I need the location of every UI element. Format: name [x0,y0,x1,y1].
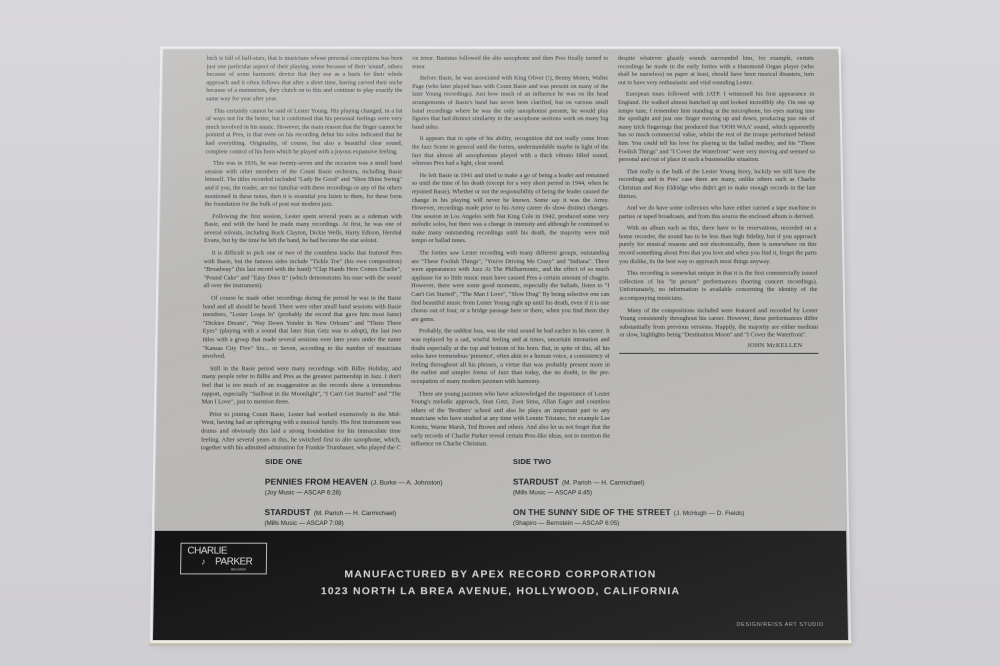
liner-notes-paragraph: Probably, the saddest loss, was the vita… [411,328,610,386]
track-credit: (J. McHugh — D. Fields) [674,510,745,517]
liner-notes-paragraph: on tenor. Banistas followed the alto sax… [412,55,608,71]
saxophone-icon: ♪ [201,557,206,567]
liner-notes-paragraph: It appears that in spite of his ability,… [412,136,609,169]
track-publisher: (Shapiro — Bernstein — ASCAP 6:05) [513,520,762,527]
track-credit: (J. Burke — A. Johnston) [371,480,443,487]
liner-notes-paragraph: This was in 1936, he was twenty-seven an… [205,160,403,209]
track-publisher: (Mills Music — ASCAP 7:08) [264,520,513,527]
side-two-label: SIDE TWO [513,457,761,466]
liner-notes-paragraph: There are young jazzmen who have acknowl… [411,390,611,449]
liner-notes-paragraph: Before Basie, he was associated with Kin… [412,75,609,132]
liner-notes-paragraph: Many of the compositions included were f… [619,307,818,340]
author-signature: JOHN McKELLEN [620,342,819,353]
liner-notes-paragraph: despite whatever ghastly sounds surround… [618,55,814,87]
liner-notes-paragraph: That really is the bulk of the Lester Yo… [618,168,815,201]
track-item: STARDUST(M. Parish — H. Carmichael)(Mill… [513,472,761,497]
liner-notes-paragraph: He left Basie in 1941 and tried to make … [411,172,609,246]
liner-notes-paragraph: hich is full of half-stars, that is musi… [206,55,403,104]
track-title: ON THE SUNNY SIDE OF THE STREET [513,507,671,517]
track-title: PENNIES FROM HEAVEN [265,477,368,487]
logo-line-1: CHARLIE [187,546,227,557]
track-item: STARDUST(M. Parish — H. Carmichael)(Mill… [264,502,513,527]
album-back-cover: hich is full of half-stars, that is musi… [153,49,848,640]
liner-notes-paragraph: And we do have some collectors who have … [619,205,817,221]
track-title: STARDUST [264,507,310,517]
track-title: STARDUST [513,477,559,487]
manufacturer-line-1: MANUFACTURED BY APEX RECORD CORPORATION [154,566,847,583]
liner-notes: hich is full of half-stars, that is musi… [201,55,820,453]
liner-notes-paragraph: Still in the Basie period were many reco… [202,365,402,407]
liner-notes-paragraph: Following the first session, Lester spen… [204,213,402,246]
jacket-edge [149,640,852,646]
design-credit: DESIGN/REISS ART STUDIO [737,622,824,628]
liner-notes-column-2: on tenor. Banistas followed the alto sax… [411,55,611,453]
liner-notes-paragraph: With an album such as this, there have t… [619,225,817,266]
label-band: CHARLIE ♪ PARKER RECORDS MANUFACTURED BY… [153,531,848,640]
manufacturer-line-2: 1023 NORTH LA BREA AVENUE, HOLLYWOOD, CA… [154,583,848,600]
liner-notes-column-1: hich is full of half-stars, that is musi… [201,55,403,453]
liner-notes-paragraph: It is difficult to pick one or two of th… [203,250,401,291]
liner-notes-paragraph: Prior to joining Count Basie, Lester had… [201,411,401,453]
liner-notes-paragraph: This recording is somewhat unique in tha… [619,270,817,303]
track-item: ON THE SUNNY SIDE OF THE STREET(J. McHug… [513,502,762,527]
liner-notes-paragraph: The forties saw Lester recording with ma… [411,250,609,324]
manufacturer-info: MANUFACTURED BY APEX RECORD CORPORATION … [154,566,848,600]
liner-notes-column-3: despite whatever ghastly sounds surround… [618,55,820,453]
liner-notes-paragraph: Of course he made other recordings durin… [202,295,401,361]
track-item: PENNIES FROM HEAVEN(J. Burke — A. Johnst… [265,472,513,497]
track-credit: (M. Parish — H. Carmichael) [562,480,644,487]
track-publisher: (Joy Music — ASCAP 6:28) [265,490,513,497]
side-one-label: SIDE ONE [265,457,513,466]
track-credit: (M. Parish — H. Carmichael) [314,510,397,517]
liner-notes-paragraph: This certainly cannot be said of Lester … [205,107,402,156]
liner-notes-paragraph: European tours followed with JATP. I wit… [618,91,815,164]
track-publisher: (Mills Music — ASCAP 4:45) [513,490,761,497]
